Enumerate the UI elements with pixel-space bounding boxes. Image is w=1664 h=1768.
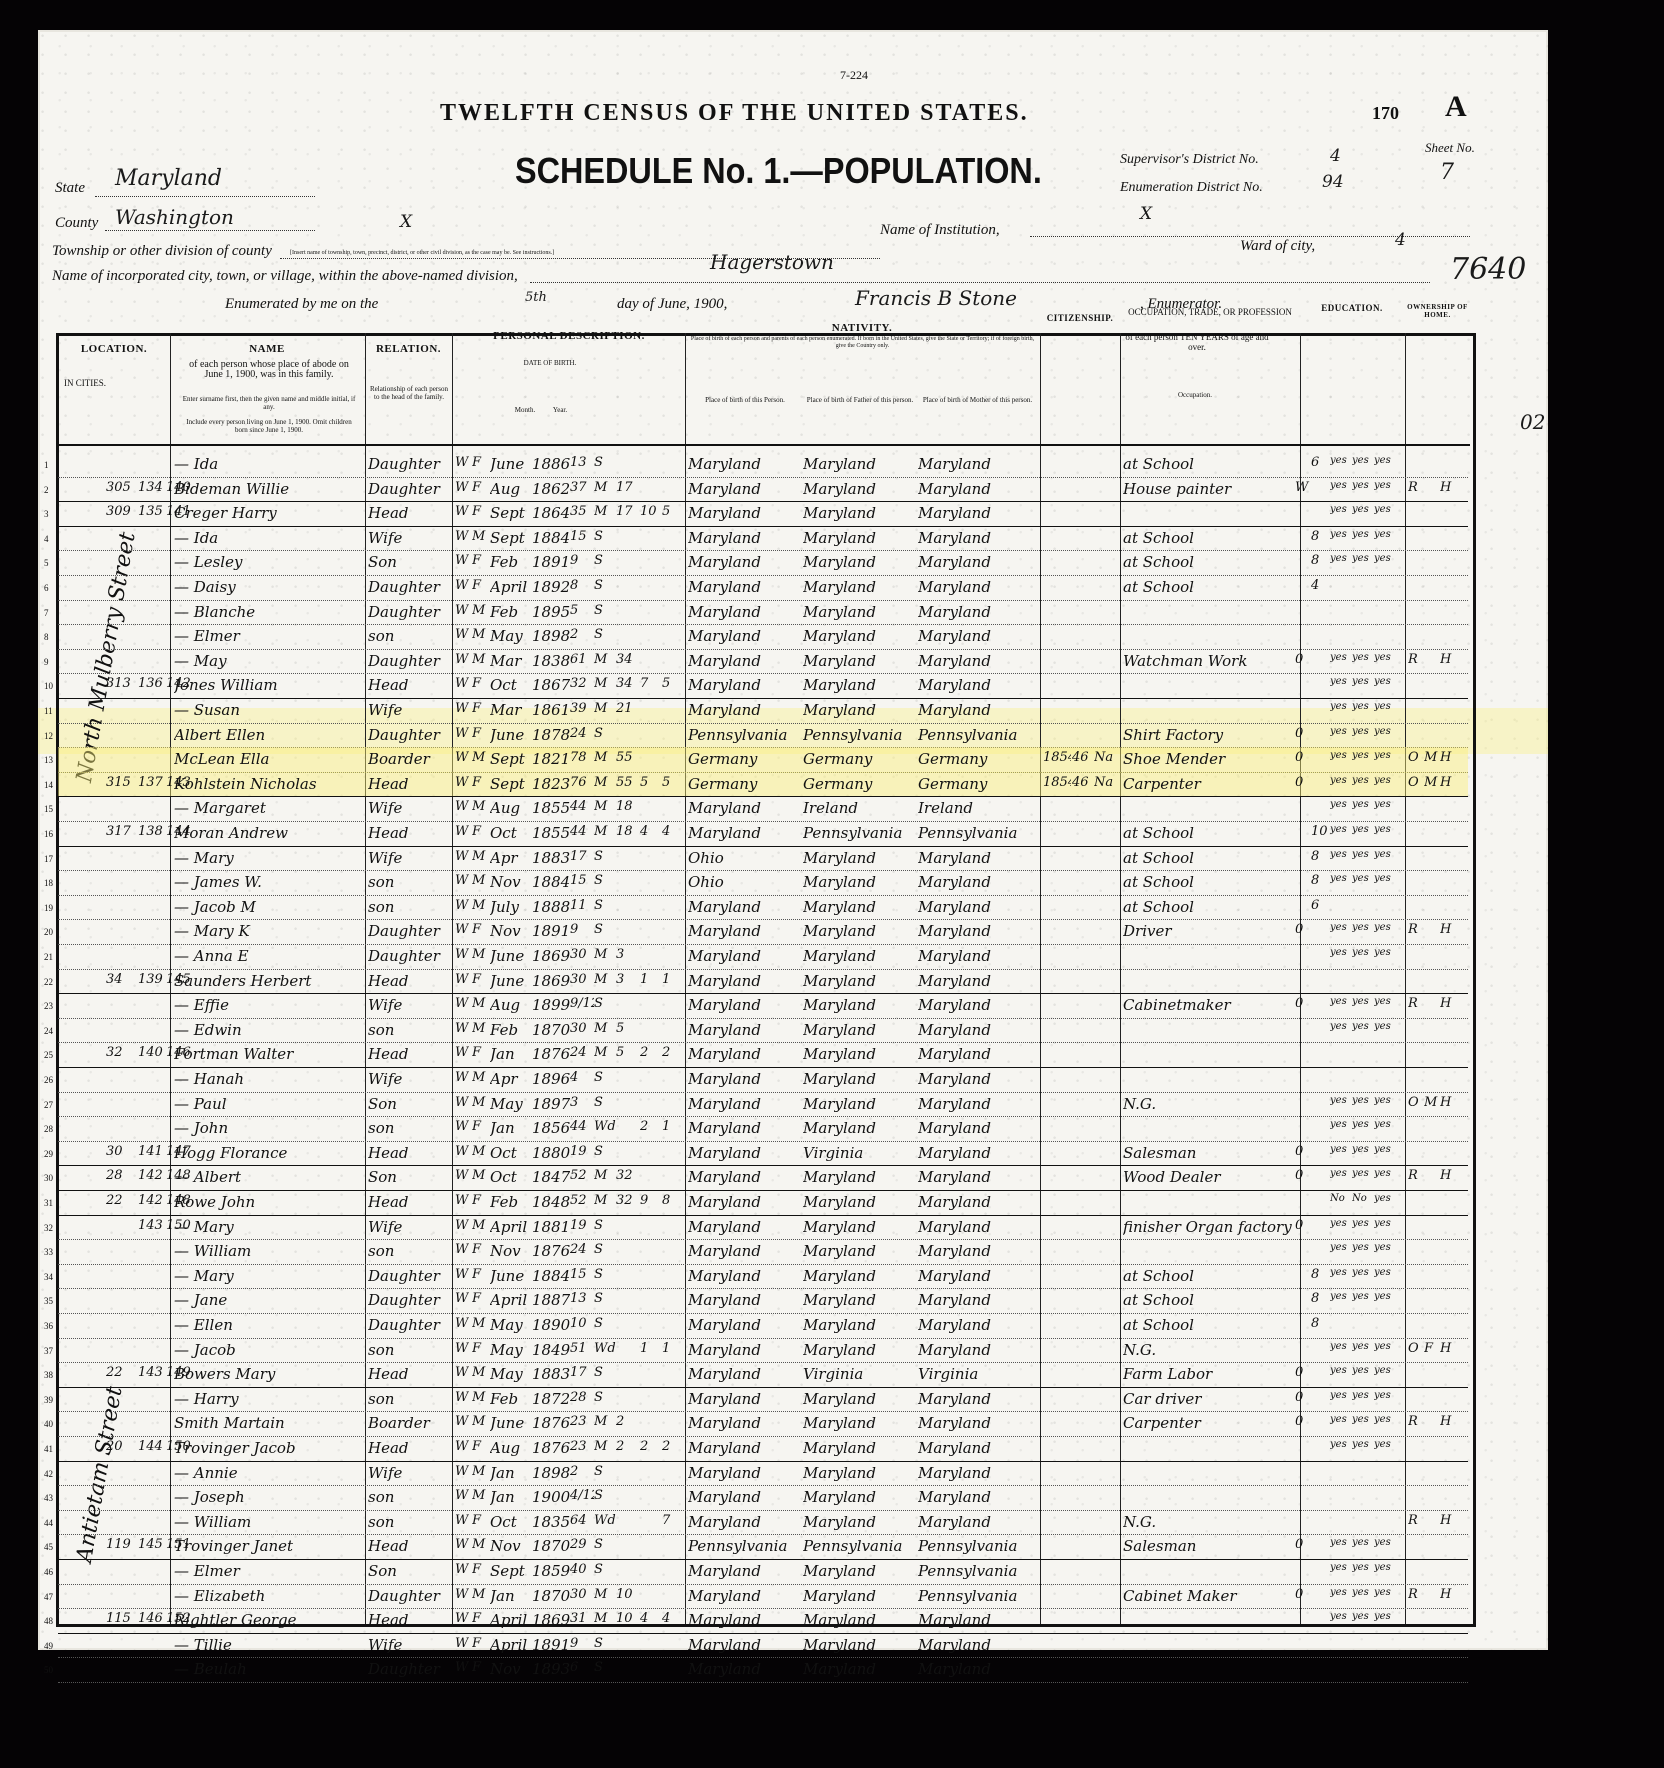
cell-color: W: [455, 1193, 469, 1208]
cell-relation: Wife: [368, 701, 454, 719]
cell-color: W: [455, 1488, 469, 1503]
cell-relation: Daughter: [368, 1267, 454, 1285]
cell-occupation: Cabinetmaker: [1123, 996, 1293, 1014]
cell-birth: Maryland: [688, 676, 800, 694]
cell-year: 1848: [532, 1193, 570, 1211]
cell-english: yes: [1374, 1021, 1396, 1032]
ward-label: Ward of city,: [1240, 238, 1315, 255]
cell-marital: S: [594, 1218, 616, 1233]
cell-dwelling: 145: [138, 1537, 166, 1552]
cell-english: yes: [1374, 750, 1396, 761]
cell-birth: Maryland: [688, 1316, 800, 1334]
township-note: [Insert name of township, town, precinct…: [290, 250, 710, 256]
cell-age: 37: [570, 480, 594, 495]
cell-age: 11: [570, 898, 594, 913]
cell-unemployed: 0: [1295, 996, 1313, 1011]
cell-school: 4: [1311, 578, 1327, 593]
township-label: Township or other division of county: [52, 243, 272, 260]
cell-dwelling: 134: [138, 480, 166, 495]
cell-year: 1859: [532, 1562, 570, 1580]
cell-month: May: [490, 627, 532, 645]
cell-mother: Maryland: [918, 1390, 1038, 1408]
cell-write: yes: [1352, 1021, 1374, 1032]
cell-marital: S: [594, 455, 616, 470]
cell-yrs-married: 55: [616, 775, 638, 790]
cell-month: Jan: [490, 1464, 532, 1482]
cell-color: W: [455, 455, 469, 470]
cell-year: 1870: [532, 1537, 570, 1555]
cell-age: 61: [570, 652, 594, 667]
cell-year: 1886: [532, 455, 570, 473]
cell-mother: Maryland: [918, 1611, 1038, 1629]
cell-father: Maryland: [803, 603, 915, 621]
table-row: 12Albert EllenDaughterWFJune187824SPenns…: [58, 723, 1468, 749]
cell-year: 1883: [532, 1365, 570, 1383]
cell-sex: F: [472, 676, 488, 691]
cell-write: No: [1352, 1193, 1374, 1204]
cell-age: 52: [570, 1193, 594, 1208]
cell-month: Apr: [490, 849, 532, 867]
cell-english: yes: [1374, 922, 1396, 933]
cell-relation: Head: [368, 1439, 454, 1457]
cell-father: Pennsylvania: [803, 1537, 915, 1555]
cell-father: Maryland: [803, 1636, 915, 1654]
cell-year: 1835: [532, 1513, 570, 1531]
county-label: County: [55, 215, 98, 232]
cell-school: 8: [1311, 529, 1327, 544]
cell-color: W: [455, 652, 469, 667]
cell-age: 24: [570, 1242, 594, 1257]
cell-english: yes: [1374, 996, 1396, 1007]
cell-read: yes: [1330, 799, 1352, 810]
cell-sex: F: [472, 504, 488, 519]
cell-unemployed: 0: [1295, 1414, 1313, 1429]
cell-age: 29: [570, 1537, 594, 1552]
cell-mother: Maryland: [918, 1291, 1038, 1309]
line-number: 34: [44, 1272, 53, 1282]
cell-sex: F: [472, 455, 488, 470]
cell-write: yes: [1352, 1144, 1374, 1155]
cell-write: yes: [1352, 1439, 1374, 1450]
cell-yrs-married: 2: [616, 1439, 638, 1454]
cell-mother: Maryland: [918, 849, 1038, 867]
cell-father: Maryland: [803, 1562, 915, 1580]
cell-dwelling: 136: [138, 676, 166, 691]
cell-age: 30: [570, 1587, 594, 1602]
cell-mother: Maryland: [918, 1439, 1038, 1457]
cell-read: yes: [1330, 849, 1352, 860]
table-row: 34— MaryDaughterWFJune188415SMarylandMar…: [58, 1264, 1468, 1290]
cell-sex: F: [472, 1045, 488, 1060]
enumerator-name: Francis B Stone: [855, 286, 1017, 310]
cell-sex: M: [472, 1488, 488, 1503]
cell-age: 9: [570, 922, 594, 937]
cell-color: W: [455, 947, 469, 962]
cell-mother: Maryland: [918, 898, 1038, 916]
cell-marital: S: [594, 1316, 616, 1331]
cell-year: 1862: [532, 480, 570, 498]
cell-mother: Maryland: [918, 652, 1038, 670]
cell-unemployed: 0: [1295, 1144, 1313, 1159]
table-row: 35— JaneDaughterWFApril188713SMarylandMa…: [58, 1288, 1468, 1314]
cell-name: — John: [174, 1119, 369, 1137]
cell-yrs-married: 34: [616, 676, 638, 691]
cell-name: — May: [174, 652, 369, 670]
cell-unemployed: 0: [1295, 1390, 1313, 1405]
cell-read: yes: [1330, 1095, 1352, 1106]
cell-occupation: at School: [1123, 1316, 1293, 1334]
cell-english: yes: [1374, 726, 1396, 737]
cell-color: W: [455, 676, 469, 691]
cell-sex: F: [472, 1439, 488, 1454]
cell-mother: Maryland: [918, 701, 1038, 719]
cell-month: Oct: [490, 1168, 532, 1186]
cell-marital: S: [594, 553, 616, 568]
cell-marital: M: [594, 775, 616, 790]
cell-dwelling: 139: [138, 972, 166, 987]
line-number: 21: [44, 952, 53, 962]
cell-house: 315: [106, 775, 136, 790]
cell-month: Jan: [490, 1488, 532, 1506]
cell-mother: Maryland: [918, 1414, 1038, 1432]
cell-age: 17: [570, 1365, 594, 1380]
cell-yrs-married: 32: [616, 1193, 638, 1208]
cell-year: 1823: [532, 775, 570, 793]
cell-marital: M: [594, 1439, 616, 1454]
table-row: 3822143149Bowers MaryHeadWMMay188317SMar…: [58, 1362, 1468, 1388]
cell-english: yes: [1374, 1611, 1396, 1622]
cell-month: Mar: [490, 652, 532, 670]
cell-yrs-married: 21: [616, 701, 638, 716]
cell-mother: Pennsylvania: [918, 726, 1038, 744]
cell-marital: M: [594, 1021, 616, 1036]
cell-read: yes: [1330, 775, 1352, 786]
cell-immig: 1854: [1043, 775, 1071, 790]
cell-year: 1876: [532, 1414, 570, 1432]
cell-color: W: [455, 1587, 469, 1602]
cell-occupation: at School: [1123, 824, 1293, 842]
cell-age: 19: [570, 1218, 594, 1233]
cell-father: Virginia: [803, 1144, 915, 1162]
cell-month: April: [490, 1291, 532, 1309]
cell-father: Pennsylvania: [803, 824, 915, 842]
table-row: 2234139145Saunders HerbertHeadWFJune1869…: [58, 969, 1468, 995]
line-number: 25: [44, 1050, 53, 1060]
cell-name: — Mary: [174, 1267, 369, 1285]
cell-month: June: [490, 726, 532, 744]
cell-age: 78: [570, 750, 594, 765]
cell-name: Jones William: [174, 676, 369, 694]
cell-unemployed: 0: [1295, 652, 1313, 667]
cell-free: M: [1424, 750, 1440, 765]
cell-birth: Maryland: [688, 1168, 800, 1186]
cell-children: 2: [640, 1045, 660, 1060]
cell-write: yes: [1352, 873, 1374, 884]
cell-english: yes: [1374, 1095, 1396, 1106]
cell-write: yes: [1352, 750, 1374, 761]
cell-unemployed: 0: [1295, 1168, 1313, 1183]
cell-father: Maryland: [803, 996, 915, 1014]
cell-month: Feb: [490, 603, 532, 621]
cell-name: — Ida: [174, 455, 369, 473]
cell-read: yes: [1330, 1144, 1352, 1155]
line-number: 47: [44, 1592, 53, 1602]
cell-dwelling: 141: [138, 1144, 166, 1159]
cell-read: yes: [1330, 455, 1352, 466]
cell-mother: Maryland: [918, 972, 1038, 990]
line-number: 45: [44, 1542, 53, 1552]
cell-year: 1884: [532, 873, 570, 891]
cell-unemployed: 0: [1295, 1587, 1313, 1602]
cell-mother: Germany: [918, 750, 1038, 768]
cell-mother: Maryland: [918, 947, 1038, 965]
cell-color: W: [455, 922, 469, 937]
cell-month: June: [490, 1414, 532, 1432]
cell-marital: M: [594, 1045, 616, 1060]
line-number: 1: [44, 460, 49, 470]
cell-mother: Maryland: [918, 627, 1038, 645]
line-number: 27: [44, 1100, 53, 1110]
cell-month: Nov: [490, 1242, 532, 1260]
cell-occupation: at School: [1123, 1291, 1293, 1309]
cell-birth: Pennsylvania: [688, 1537, 800, 1555]
cell-own: R: [1408, 1513, 1424, 1528]
line-number: 32: [44, 1223, 53, 1233]
cell-school: 6: [1311, 898, 1327, 913]
cell-year: 1881: [532, 1218, 570, 1236]
cell-english: yes: [1374, 529, 1396, 540]
cell-sex: M: [472, 849, 488, 864]
cell-mother: Maryland: [918, 1168, 1038, 1186]
table-row: 11— SusanWifeWFMar186139M21MarylandMaryl…: [58, 698, 1468, 724]
cell-color: W: [455, 1414, 469, 1429]
table-row: 14315137143Kohlstein NicholasHeadWFSept1…: [58, 772, 1468, 798]
cell-relation: Boarder: [368, 1414, 454, 1432]
cell-occupation: at School: [1123, 455, 1293, 473]
cell-birth: Maryland: [688, 996, 800, 1014]
cell-mother: Maryland: [918, 455, 1038, 473]
cell-english: yes: [1374, 701, 1396, 712]
cell-english: yes: [1374, 873, 1396, 884]
cell-sex: F: [472, 701, 488, 716]
cell-relation: Daughter: [368, 1316, 454, 1334]
cell-unemployed: 0: [1295, 1537, 1313, 1552]
header-date-of-birth: DATE OF BIRTH.: [520, 358, 580, 368]
cell-read: yes: [1330, 1537, 1352, 1548]
cell-age: 19: [570, 1144, 594, 1159]
cell-father: Maryland: [803, 1513, 915, 1531]
cell-age: 35: [570, 504, 594, 519]
cell-month: April: [490, 1636, 532, 1654]
cell-marital: M: [594, 1587, 616, 1602]
cell-father: Maryland: [803, 504, 915, 522]
line-number: 22: [44, 977, 53, 987]
cell-month: June: [490, 972, 532, 990]
cell-house: 317: [106, 824, 136, 839]
cell-sex: F: [472, 1660, 488, 1675]
header-rule: [56, 444, 1470, 446]
cell-dwelling: 142: [138, 1193, 166, 1208]
cell-name: Bowers Mary: [174, 1365, 369, 1383]
cell-mother: Virginia: [918, 1365, 1038, 1383]
cell-sex: F: [472, 922, 488, 937]
cell-relation: Boarder: [368, 750, 454, 768]
cell-children: 7: [640, 676, 660, 691]
county-value: Washington: [115, 205, 234, 229]
cell-english: yes: [1374, 1119, 1396, 1130]
line-number: 46: [44, 1567, 53, 1577]
cell-name: Saunders Herbert: [174, 972, 369, 990]
cell-read: yes: [1330, 1119, 1352, 1130]
cell-name: — Mary: [174, 1218, 369, 1236]
cell-relation: Head: [368, 1193, 454, 1211]
cell-relation: Head: [368, 1611, 454, 1629]
cell-write: yes: [1352, 1267, 1374, 1278]
cell-relation: Head: [368, 972, 454, 990]
table-row: 3028142148— AlbertSonWMOct184752M32Maryl…: [58, 1165, 1468, 1191]
cell-read: yes: [1330, 1021, 1352, 1032]
cell-age: 2: [570, 1464, 594, 1479]
cell-birth: Maryland: [688, 1341, 800, 1359]
cell-occupation: at School: [1123, 849, 1293, 867]
cell-sex: M: [472, 603, 488, 618]
cell-sex: F: [472, 1341, 488, 1356]
cell-children: 10: [640, 504, 660, 519]
cell-color: W: [455, 750, 469, 765]
cell-year: 1861: [532, 701, 570, 719]
cell-read: yes: [1330, 824, 1352, 835]
cell-name: Albert Ellen: [174, 726, 369, 744]
cell-father: Maryland: [803, 676, 915, 694]
cell-name: Trovinger Janet: [174, 1537, 369, 1555]
cell-sex: F: [472, 553, 488, 568]
cell-relation: son: [368, 1513, 454, 1531]
cell-mother: Maryland: [918, 553, 1038, 571]
cell-year: 1847: [532, 1168, 570, 1186]
cell-nat: Na: [1094, 750, 1116, 765]
cell-month: Nov: [490, 922, 532, 940]
header-nativity-desc: Place of birth of each person and parent…: [690, 336, 1035, 350]
table-row: 50— BeulahDaughterWFNov18936SMarylandMar…: [58, 1657, 1468, 1683]
cell-english: yes: [1374, 1341, 1396, 1352]
cell-father: Maryland: [803, 529, 915, 547]
table-row: 1— IdaDaughterWFJune188613SMarylandMaryl…: [58, 452, 1468, 478]
cell-month: Feb: [490, 553, 532, 571]
cell-month: Jan: [490, 1587, 532, 1605]
cell-own: R: [1408, 996, 1424, 1011]
cell-relation: Wife: [368, 996, 454, 1014]
cell-color: W: [455, 1291, 469, 1306]
cell-birth: Maryland: [688, 1587, 800, 1605]
cell-marital: S: [594, 873, 616, 888]
cell-name: — Mary: [174, 849, 369, 867]
cell-immig: 1854: [1043, 750, 1071, 765]
supervisor-value: 4: [1330, 146, 1341, 166]
cell-sex: M: [472, 652, 488, 667]
cell-marital: S: [594, 1488, 616, 1503]
cell-read: yes: [1330, 652, 1352, 663]
cell-sex: F: [472, 1193, 488, 1208]
cell-english: yes: [1374, 652, 1396, 663]
cell-age: 24: [570, 1045, 594, 1060]
cell-birth: Ohio: [688, 873, 800, 891]
cell-sex: F: [472, 1291, 488, 1306]
cell-birth: Maryland: [688, 1242, 800, 1260]
cell-age: 3: [570, 1095, 594, 1110]
cell-color: W: [455, 1611, 469, 1626]
cell-birth: Maryland: [688, 1045, 800, 1063]
cell-unemployed: 0: [1295, 1218, 1313, 1233]
cell-name: — Elmer: [174, 627, 369, 645]
cell-read: yes: [1330, 504, 1352, 515]
cell-color: W: [455, 1636, 469, 1651]
cell-father: Maryland: [803, 1464, 915, 1482]
cell-father: Maryland: [803, 553, 915, 571]
cell-father: Maryland: [803, 1611, 915, 1629]
cell-living: 1: [662, 972, 682, 987]
cell-age: 2: [570, 627, 594, 642]
cell-relation: son: [368, 898, 454, 916]
cell-month: Nov: [490, 1660, 532, 1678]
line-number: 36: [44, 1321, 53, 1331]
table-row: 45119145151Trovinger JanetHeadWMNov18702…: [58, 1534, 1468, 1560]
cell-mother: Maryland: [918, 1021, 1038, 1039]
cell-marital: M: [594, 824, 616, 839]
cell-relation: Daughter: [368, 1660, 454, 1678]
cell-yrs-married: 3: [616, 972, 638, 987]
line-number: 18: [44, 878, 53, 888]
cell-color: W: [455, 578, 469, 593]
cell-birth: Maryland: [688, 1193, 800, 1211]
cell-age: 30: [570, 972, 594, 987]
cell-house: 22: [106, 1365, 136, 1380]
cell-farm: H: [1440, 1095, 1456, 1110]
cell-occupation: at School: [1123, 529, 1293, 547]
cell-month: Feb: [490, 1390, 532, 1408]
state-line: [95, 196, 315, 197]
cell-read: yes: [1330, 1414, 1352, 1425]
cell-own: O: [1408, 1341, 1424, 1356]
table-row: 3122142148Rowe JohnHeadWFFeb184852M3298M…: [58, 1190, 1468, 1216]
cell-english: yes: [1374, 480, 1396, 491]
table-row: 46— ElmerSonWFSept185940SMarylandMarylan…: [58, 1559, 1468, 1585]
cell-month: Oct: [490, 824, 532, 842]
header-birth-father: Place of birth of Father of this person.: [805, 395, 915, 405]
table-row: 33— WilliamsonWFNov187624SMarylandMaryla…: [58, 1239, 1468, 1265]
cell-father: Germany: [803, 775, 915, 793]
cell-name: — Hanah: [174, 1070, 369, 1088]
line-number: 5: [44, 558, 49, 568]
cell-name: — Daisy: [174, 578, 369, 596]
cell-month: Feb: [490, 1193, 532, 1211]
cell-occupation: at School: [1123, 898, 1293, 916]
cell-occupation: Salesman: [1123, 1537, 1293, 1555]
cell-english: yes: [1374, 1267, 1396, 1278]
cell-sex: M: [472, 529, 488, 544]
cell-school: 8: [1311, 873, 1327, 888]
cell-read: yes: [1330, 947, 1352, 958]
cell-relation: Son: [368, 1168, 454, 1186]
cell-year: 1880: [532, 1144, 570, 1162]
cell-birth: Maryland: [688, 947, 800, 965]
cell-sex: M: [472, 1070, 488, 1085]
cell-house: 32: [106, 1045, 136, 1060]
cell-dwelling: 144: [138, 1439, 166, 1454]
cell-farm: H: [1440, 652, 1456, 667]
cell-write: yes: [1352, 996, 1374, 1007]
cell-write: yes: [1352, 1291, 1374, 1302]
cell-write: yes: [1352, 1218, 1374, 1229]
